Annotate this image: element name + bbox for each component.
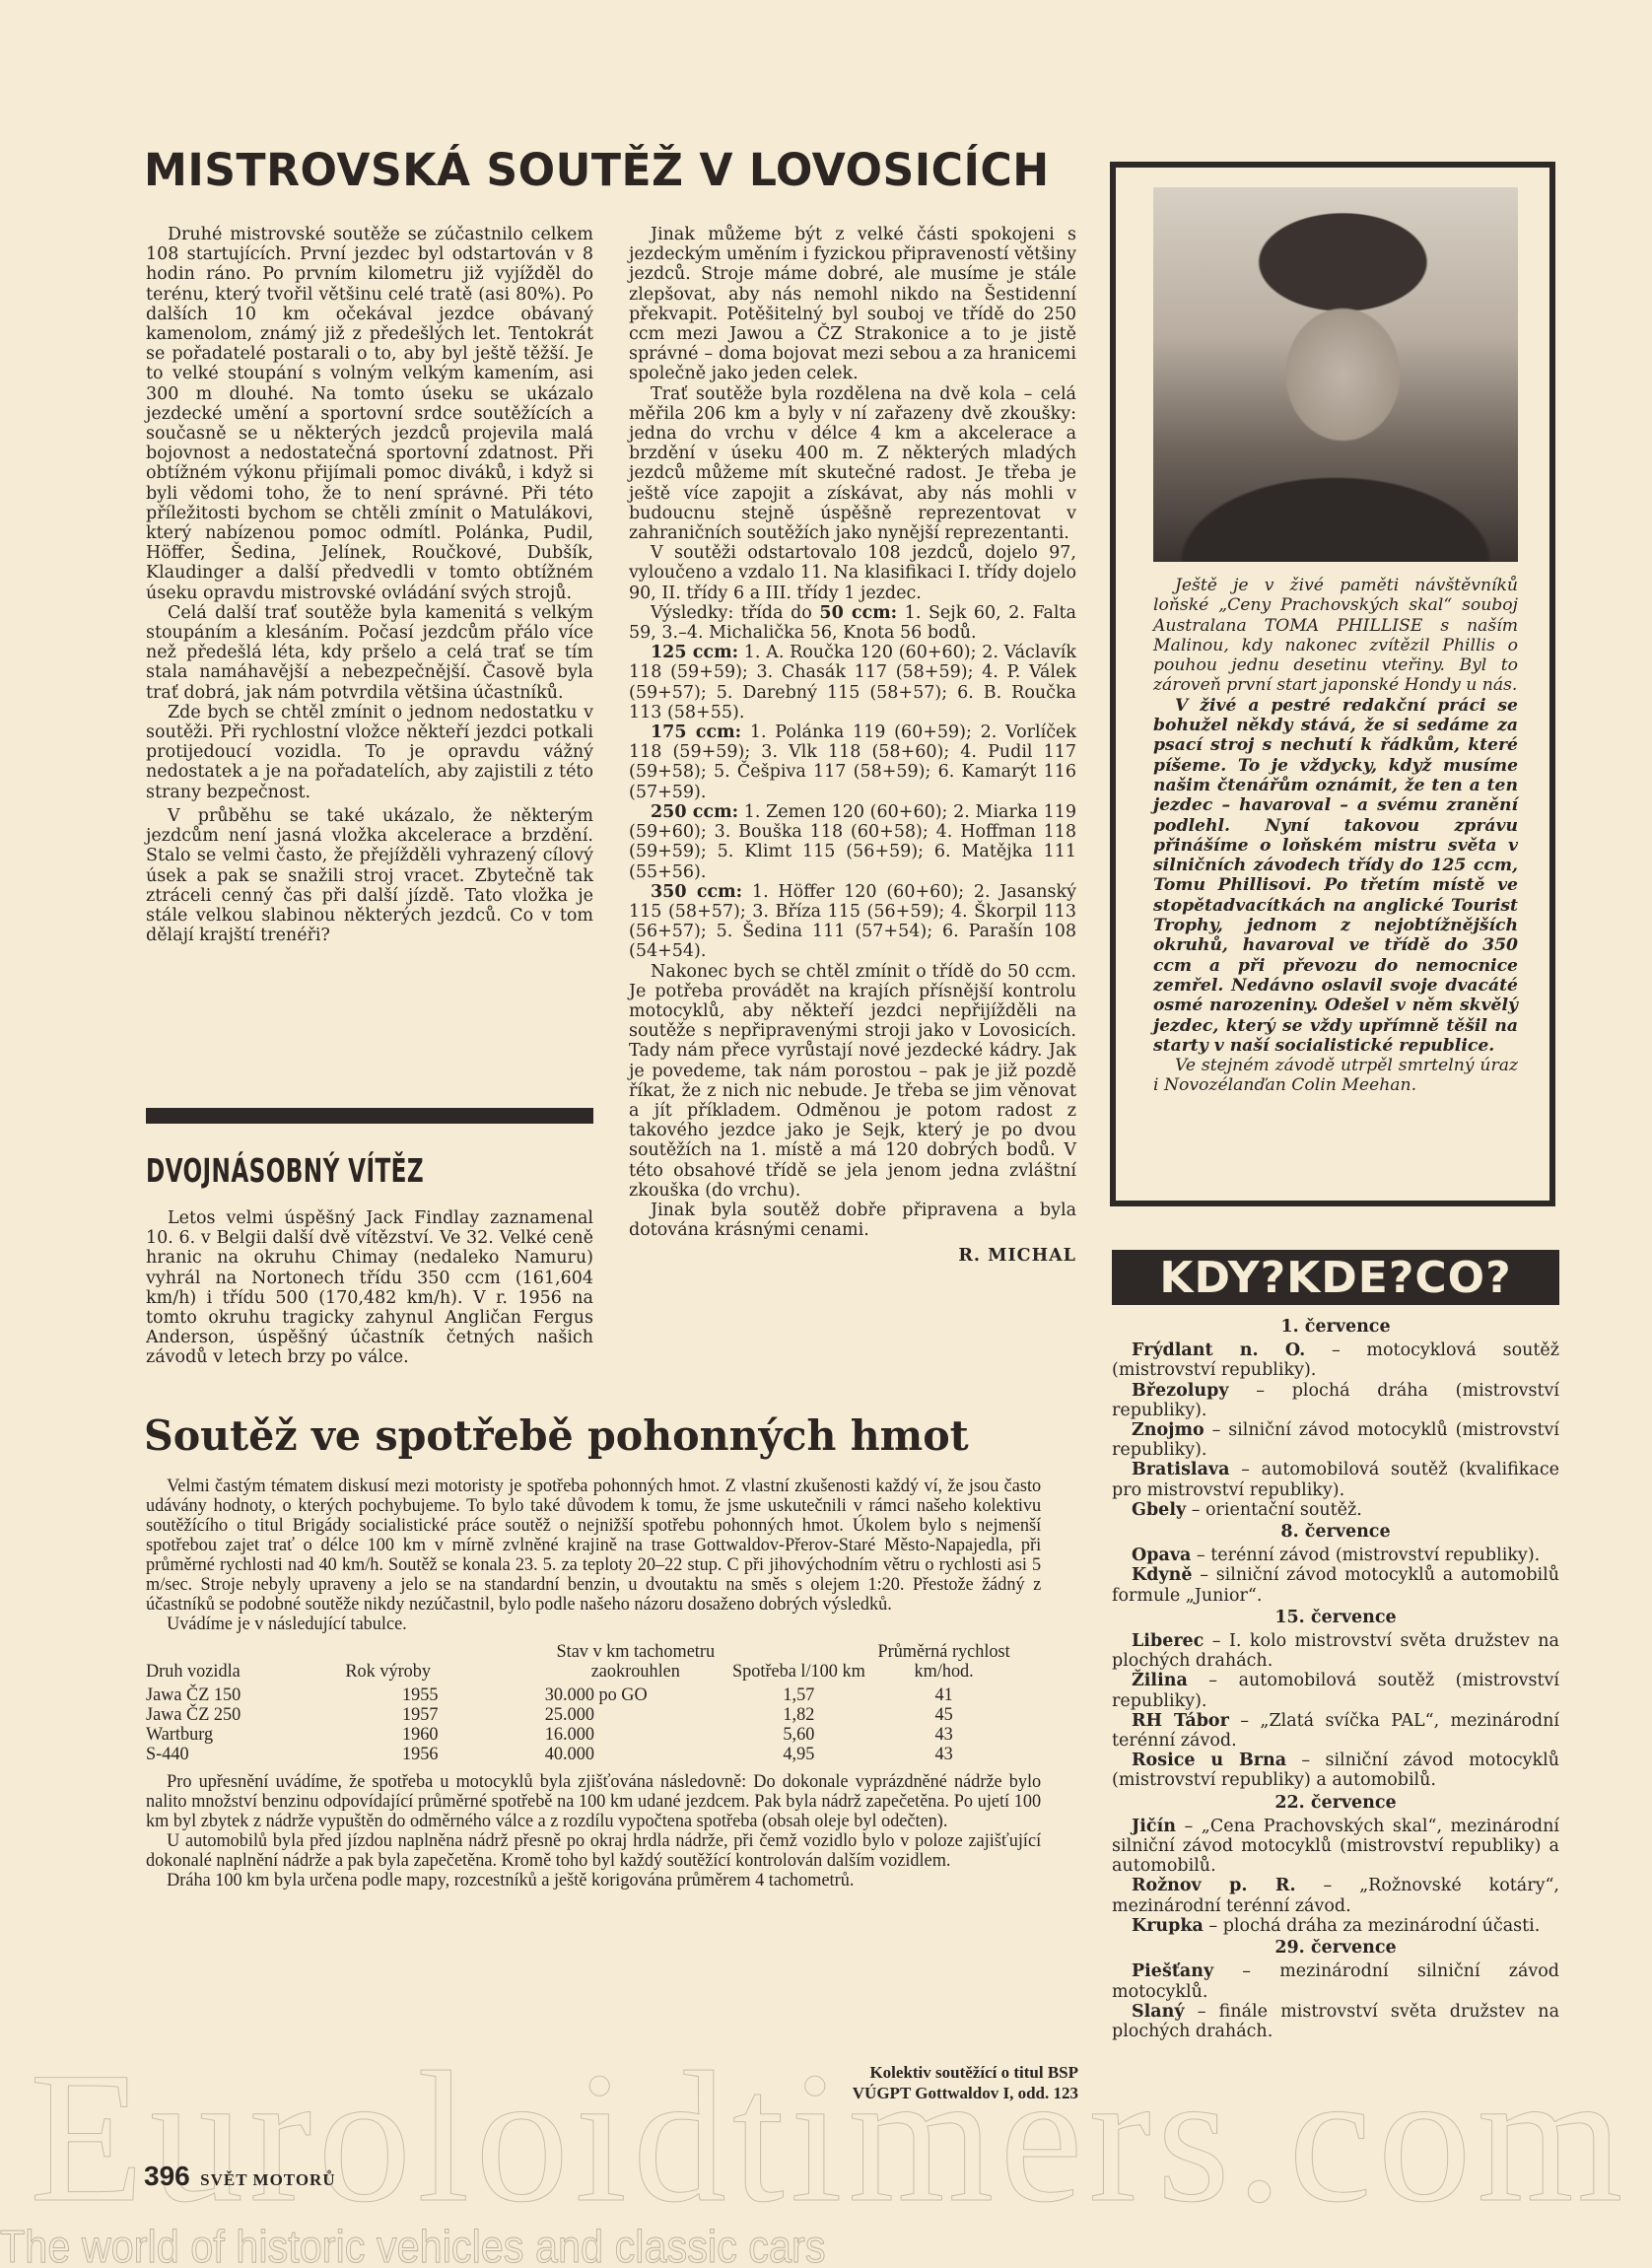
paragraph: Trať soutěže byla rozdělena na dvě kola … xyxy=(629,384,1076,544)
paragraph: Druhé mistrovské soutěže se zúčastnilo c… xyxy=(146,225,593,603)
table-row: Jawa ČZ 250 1957 25.000 1,82 45 xyxy=(146,1705,1016,1725)
column-header: Průměrná rychlost km/hod. xyxy=(871,1642,1016,1682)
result-class-50: Výsledky: třída do 50 ccm: 1. Sejk 60, 2… xyxy=(629,603,1076,643)
event-item: Bratislava – automobilová soutěž (kvalif… xyxy=(1112,1460,1559,1499)
date-group: 1. července Frýdlant n. O. – motocyklová… xyxy=(1112,1317,1559,1520)
event-item: Krupka – plochá dráha za mezinárodní úča… xyxy=(1112,1916,1559,1936)
paragraph: Jinak byla soutěž dobře připravena a byl… xyxy=(629,1201,1076,1240)
fuel-consumption-table: Druh vozidla Rok výroby Stav v km tachom… xyxy=(146,1642,1016,1764)
table-row: Jawa ČZ 150 1955 30.000 po GO 1,57 41 xyxy=(146,1682,1016,1705)
magazine-page: MISTROVSKÁ SOUTĚŽ V LOVOSICÍCH Druhé mis… xyxy=(0,0,1652,2268)
magazine-name: SVĚT MOTORŮ xyxy=(200,2170,335,2189)
column-header: Spotřeba l/100 km xyxy=(726,1642,871,1682)
paragraph: V soutěži odstartovalo 108 jezdců, dojel… xyxy=(629,543,1076,603)
event-item: Slaný – finále mistrovství světa družste… xyxy=(1112,2002,1559,2041)
article3-credit: Kolektiv soutěžící o titul BSP VÚGPT Got… xyxy=(853,2062,1078,2103)
column-header: Stav v km tachometru zaokrouhlen xyxy=(545,1642,726,1682)
article1-column-1: Druhé mistrovské soutěže se zúčastnilo c… xyxy=(146,225,593,945)
date-heading: 8. července xyxy=(1112,1522,1559,1542)
result-class-250: 250 ccm: 1. Zemen 120 (60+60); 2. Miarka… xyxy=(629,802,1076,882)
author-signature: R. MICHAL xyxy=(629,1246,1076,1266)
event-item: RH Tábor – „Zlatá svíčka PAL“, mezinárod… xyxy=(1112,1711,1559,1751)
event-item: Jičín – „Cena Prachovských skal“, meziná… xyxy=(1112,1817,1559,1877)
table-row: Wartburg 1960 16.000 5,60 43 xyxy=(146,1725,1016,1745)
portrait-photo xyxy=(1153,187,1518,562)
article-title-lovosice: MISTROVSKÁ SOUTĚŽ V LOVOSICÍCH xyxy=(144,144,1058,196)
paragraph: Pro upřesnění uvádíme, že spotřeba u mot… xyxy=(146,1772,1041,1831)
article-title-double-winner: DVOJNÁSOBNÝ VÍTĚZ xyxy=(146,1151,424,1190)
event-item: Opava – terénní závod (mistrovství repub… xyxy=(1112,1546,1559,1565)
article-title-fuel-consumption: Soutěž ve spotřebě pohonných hmot xyxy=(144,1411,1058,1460)
column-header: Rok výroby xyxy=(345,1642,544,1682)
event-item: Žilina – automobilová soutěž (mistrovstv… xyxy=(1112,1671,1559,1710)
result-class-350: 350 ccm: 1. Höffer 120 (60+60); 2. Jasan… xyxy=(629,882,1076,962)
event-item: Frýdlant n. O. – motocyklová soutěž (mis… xyxy=(1112,1340,1559,1380)
event-item: Kdyně – silniční závod motocyklů a autom… xyxy=(1112,1565,1559,1605)
date-heading: 15. července xyxy=(1112,1608,1559,1627)
paragraph: Nakonec bych se chtěl zmínit o třídě do … xyxy=(629,962,1076,1201)
table-header-row: Druh vozidla Rok výroby Stav v km tachom… xyxy=(146,1642,1016,1682)
column-header: Druh vozidla xyxy=(146,1642,345,1682)
date-group: 15. července Liberec – I. kolo mistrovst… xyxy=(1112,1608,1559,1791)
result-class-175: 175 ccm: 1. Polánka 119 (60+59); 2. Vorl… xyxy=(629,722,1076,802)
date-group: 29. července Piešťany – mezinárodní siln… xyxy=(1112,1938,1559,2041)
paragraph: Letos velmi úspěšný Jack Findlay zazname… xyxy=(146,1208,593,1368)
article2-body: Letos velmi úspěšný Jack Findlay zazname… xyxy=(146,1208,593,1368)
article3-body: Velmi častým tématem diskusí mezi motori… xyxy=(146,1477,1041,1890)
event-item: Gbely – orientační soutěž. xyxy=(1112,1500,1559,1520)
calendar-banner: KDY?KDE?CO? xyxy=(1112,1250,1559,1305)
date-group: 22. července Jičín – „Cena Prachovských … xyxy=(1112,1793,1559,1936)
date-heading: 1. července xyxy=(1112,1317,1559,1337)
table-intro: Uvádíme je v následující tabulce. xyxy=(146,1615,1041,1634)
table-row: S-440 1956 40.000 4,95 43 xyxy=(146,1745,1016,1764)
date-heading: 29. července xyxy=(1112,1938,1559,1958)
paragraph: Ve stejném závodě utrpěl smrtelný úraz i… xyxy=(1153,1056,1518,1096)
watermark-tagline: The world of historic vehicles and class… xyxy=(0,2220,826,2268)
watermark-site: Euroloidtimers.com xyxy=(30,2030,1628,2245)
event-item: Liberec – I. kolo mistrovství světa druž… xyxy=(1112,1631,1559,1671)
paragraph: Velmi častým tématem diskusí mezi motori… xyxy=(146,1477,1041,1615)
paragraph: Jinak můžeme být z velké části spokojeni… xyxy=(629,225,1076,384)
paragraph: Zde bych se chtěl zmínit o jednom nedost… xyxy=(146,703,593,802)
paragraph: V živé a pestré redakční práci se bohuže… xyxy=(1153,696,1518,1056)
paragraph: V průběhu se také ukázalo, že některým j… xyxy=(146,806,593,945)
result-class-125: 125 ccm: 1. A. Roučka 120 (60+60); 2. Vá… xyxy=(629,643,1076,722)
paragraph: Dráha 100 km byla určena podle mapy, roz… xyxy=(146,1871,1041,1890)
date-group: 8. července Opava – terénní závod (mistr… xyxy=(1112,1522,1559,1606)
event-item: Rosice u Brna – silniční závod motocyklů… xyxy=(1112,1751,1559,1790)
events-calendar: 1. července Frýdlant n. O. – motocyklová… xyxy=(1112,1315,1559,2041)
page-footer: 396 SVĚT MOTORŮ xyxy=(144,2161,336,2192)
event-item: Piešťany – mezinárodní silniční závod mo… xyxy=(1112,1961,1559,2001)
paragraph: U automobilů byla před jízdou naplněna n… xyxy=(146,1831,1041,1871)
photo-caption: Ještě je v živé paměti návštěvníků loňsk… xyxy=(1153,576,1518,1096)
date-heading: 22. července xyxy=(1112,1793,1559,1813)
event-item: Rožnov p. R. – „Rožnovské kotáry“, mezin… xyxy=(1112,1876,1559,1915)
paragraph: Celá další trať soutěže byla kamenitá s … xyxy=(146,603,593,703)
event-item: Březolupy – plochá dráha (mistrovství re… xyxy=(1112,1381,1559,1420)
paragraph: Ještě je v živé paměti návštěvníků loňsk… xyxy=(1153,576,1518,696)
article1-column-2: Jinak můžeme být z velké části spokojeni… xyxy=(629,225,1076,1267)
section-divider xyxy=(146,1108,593,1124)
event-item: Znojmo – silniční závod motocyklů (mistr… xyxy=(1112,1420,1559,1460)
results-list: Výsledky: třída do 50 ccm: 1. Sejk 60, 2… xyxy=(629,603,1076,962)
page-number: 396 xyxy=(144,2161,190,2191)
